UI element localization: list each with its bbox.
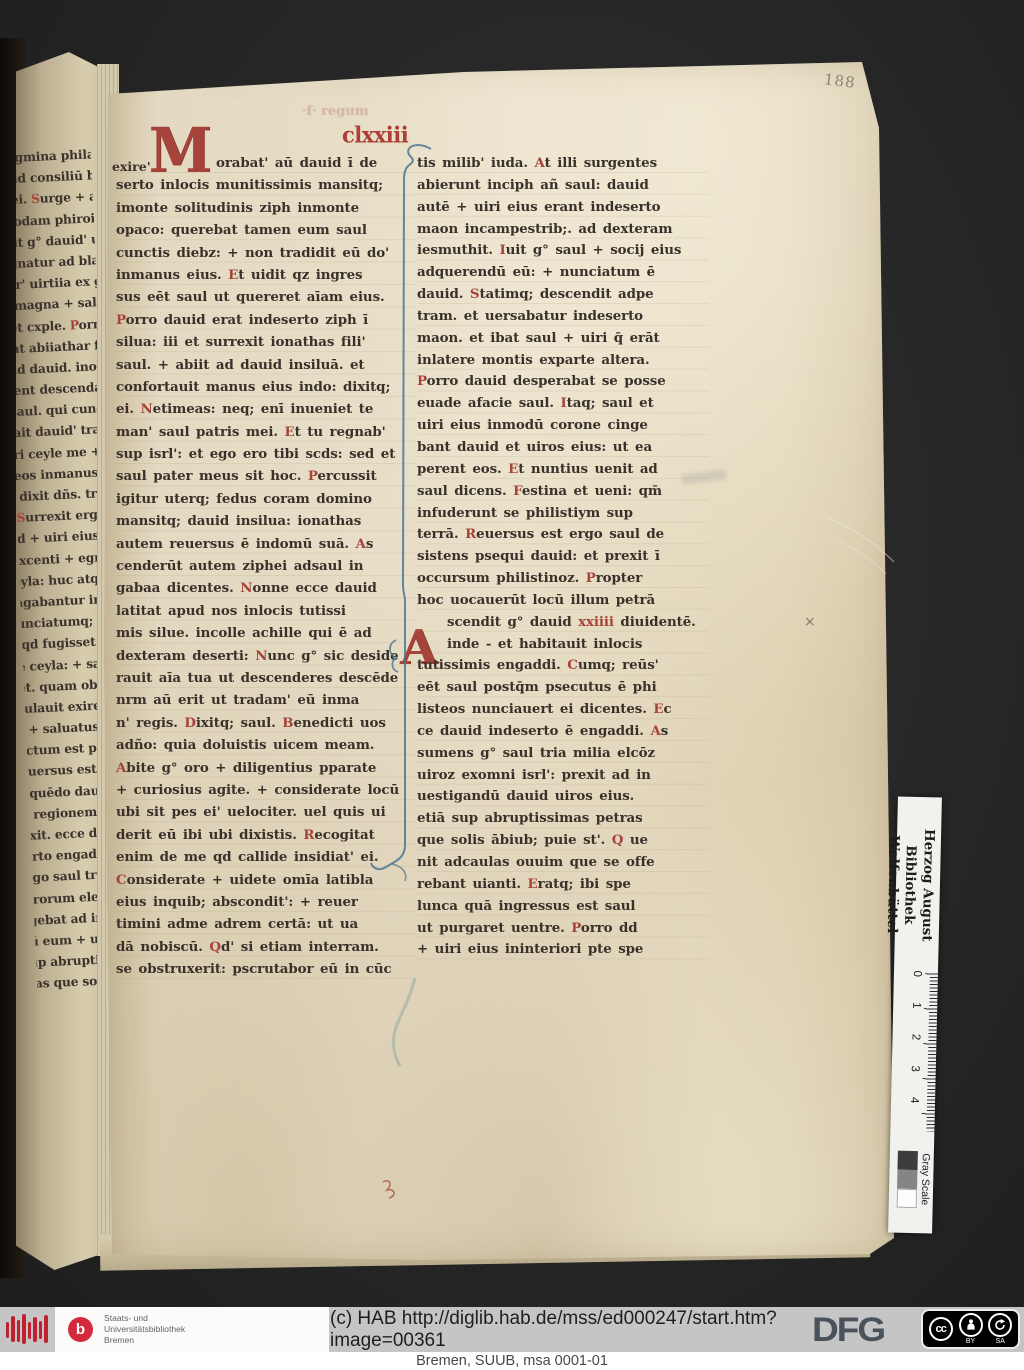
folio-number: 188 (823, 70, 857, 92)
footer-bar: b Staats- und Universitätsbibliothek Bre… (0, 1307, 1024, 1352)
agency-line3: Bremen (104, 1335, 185, 1346)
chapter-heading: clxxiii (342, 121, 408, 148)
cm-ruler: 01234 (907, 973, 938, 1132)
cc-icon: cc (929, 1317, 953, 1341)
photo-stage: us agmina philano' q;dauid consiliū boni… (0, 0, 1024, 1370)
copyright-text: (c) HAB http://diglib.hab.de/mss/ed00024… (330, 1307, 810, 1352)
agency-line2: Universitätsbibliothek (104, 1324, 185, 1335)
ruler-ticks (921, 973, 938, 1131)
library-label-text: Herzog August Bibliothek Wolfenbüttel (881, 796, 942, 973)
manuscript-page: ·f· regum clxxiii 188 exire' M A orabat'… (104, 58, 896, 1262)
library-label: Herzog August Bibliothek Wolfenbüttel 01… (888, 797, 942, 1234)
margin-cross-mark: × (804, 614, 816, 630)
right-column: tis milib' iuda. At illi surgentesabieru… (417, 155, 709, 963)
agency-block: b Staats- und Universitätsbibliothek Bre… (55, 1307, 329, 1352)
gray-scale-label: Gray Scale (918, 1131, 932, 1227)
caption-text: Bremen, SUUB, msa 0001-01 (416, 1353, 608, 1369)
cc-by-icon: BY (959, 1313, 983, 1345)
agency-line1: Staats- und (104, 1313, 185, 1324)
left-column: orabat' aū dauid ī deserto inlocis munit… (116, 155, 416, 983)
library-name-line1: Herzog August Bibliothek (899, 797, 938, 974)
gray-patch-mid (897, 1169, 917, 1188)
gray-scale: Gray Scale (896, 1131, 934, 1228)
agency-text: Staats- und Universitätsbibliothek Breme… (104, 1313, 185, 1347)
bremen-b-logo: b (68, 1317, 93, 1342)
ruler-numbers: 01234 (908, 958, 924, 1116)
caption-bar: Bremen, SUUB, msa 0001-01 (0, 1352, 1024, 1370)
cc-license-badge: cc BY SA (921, 1309, 1020, 1349)
showthrough-running-title: ·f· regum (302, 104, 369, 119)
suub-bars-logo (4, 1310, 52, 1349)
gray-scale-patches (896, 1131, 918, 1227)
dfg-logo: DFG (812, 1309, 884, 1350)
gray-patch-dark (897, 1150, 917, 1169)
gray-patch-white (897, 1188, 917, 1207)
cc-sa-icon: SA (988, 1313, 1012, 1345)
